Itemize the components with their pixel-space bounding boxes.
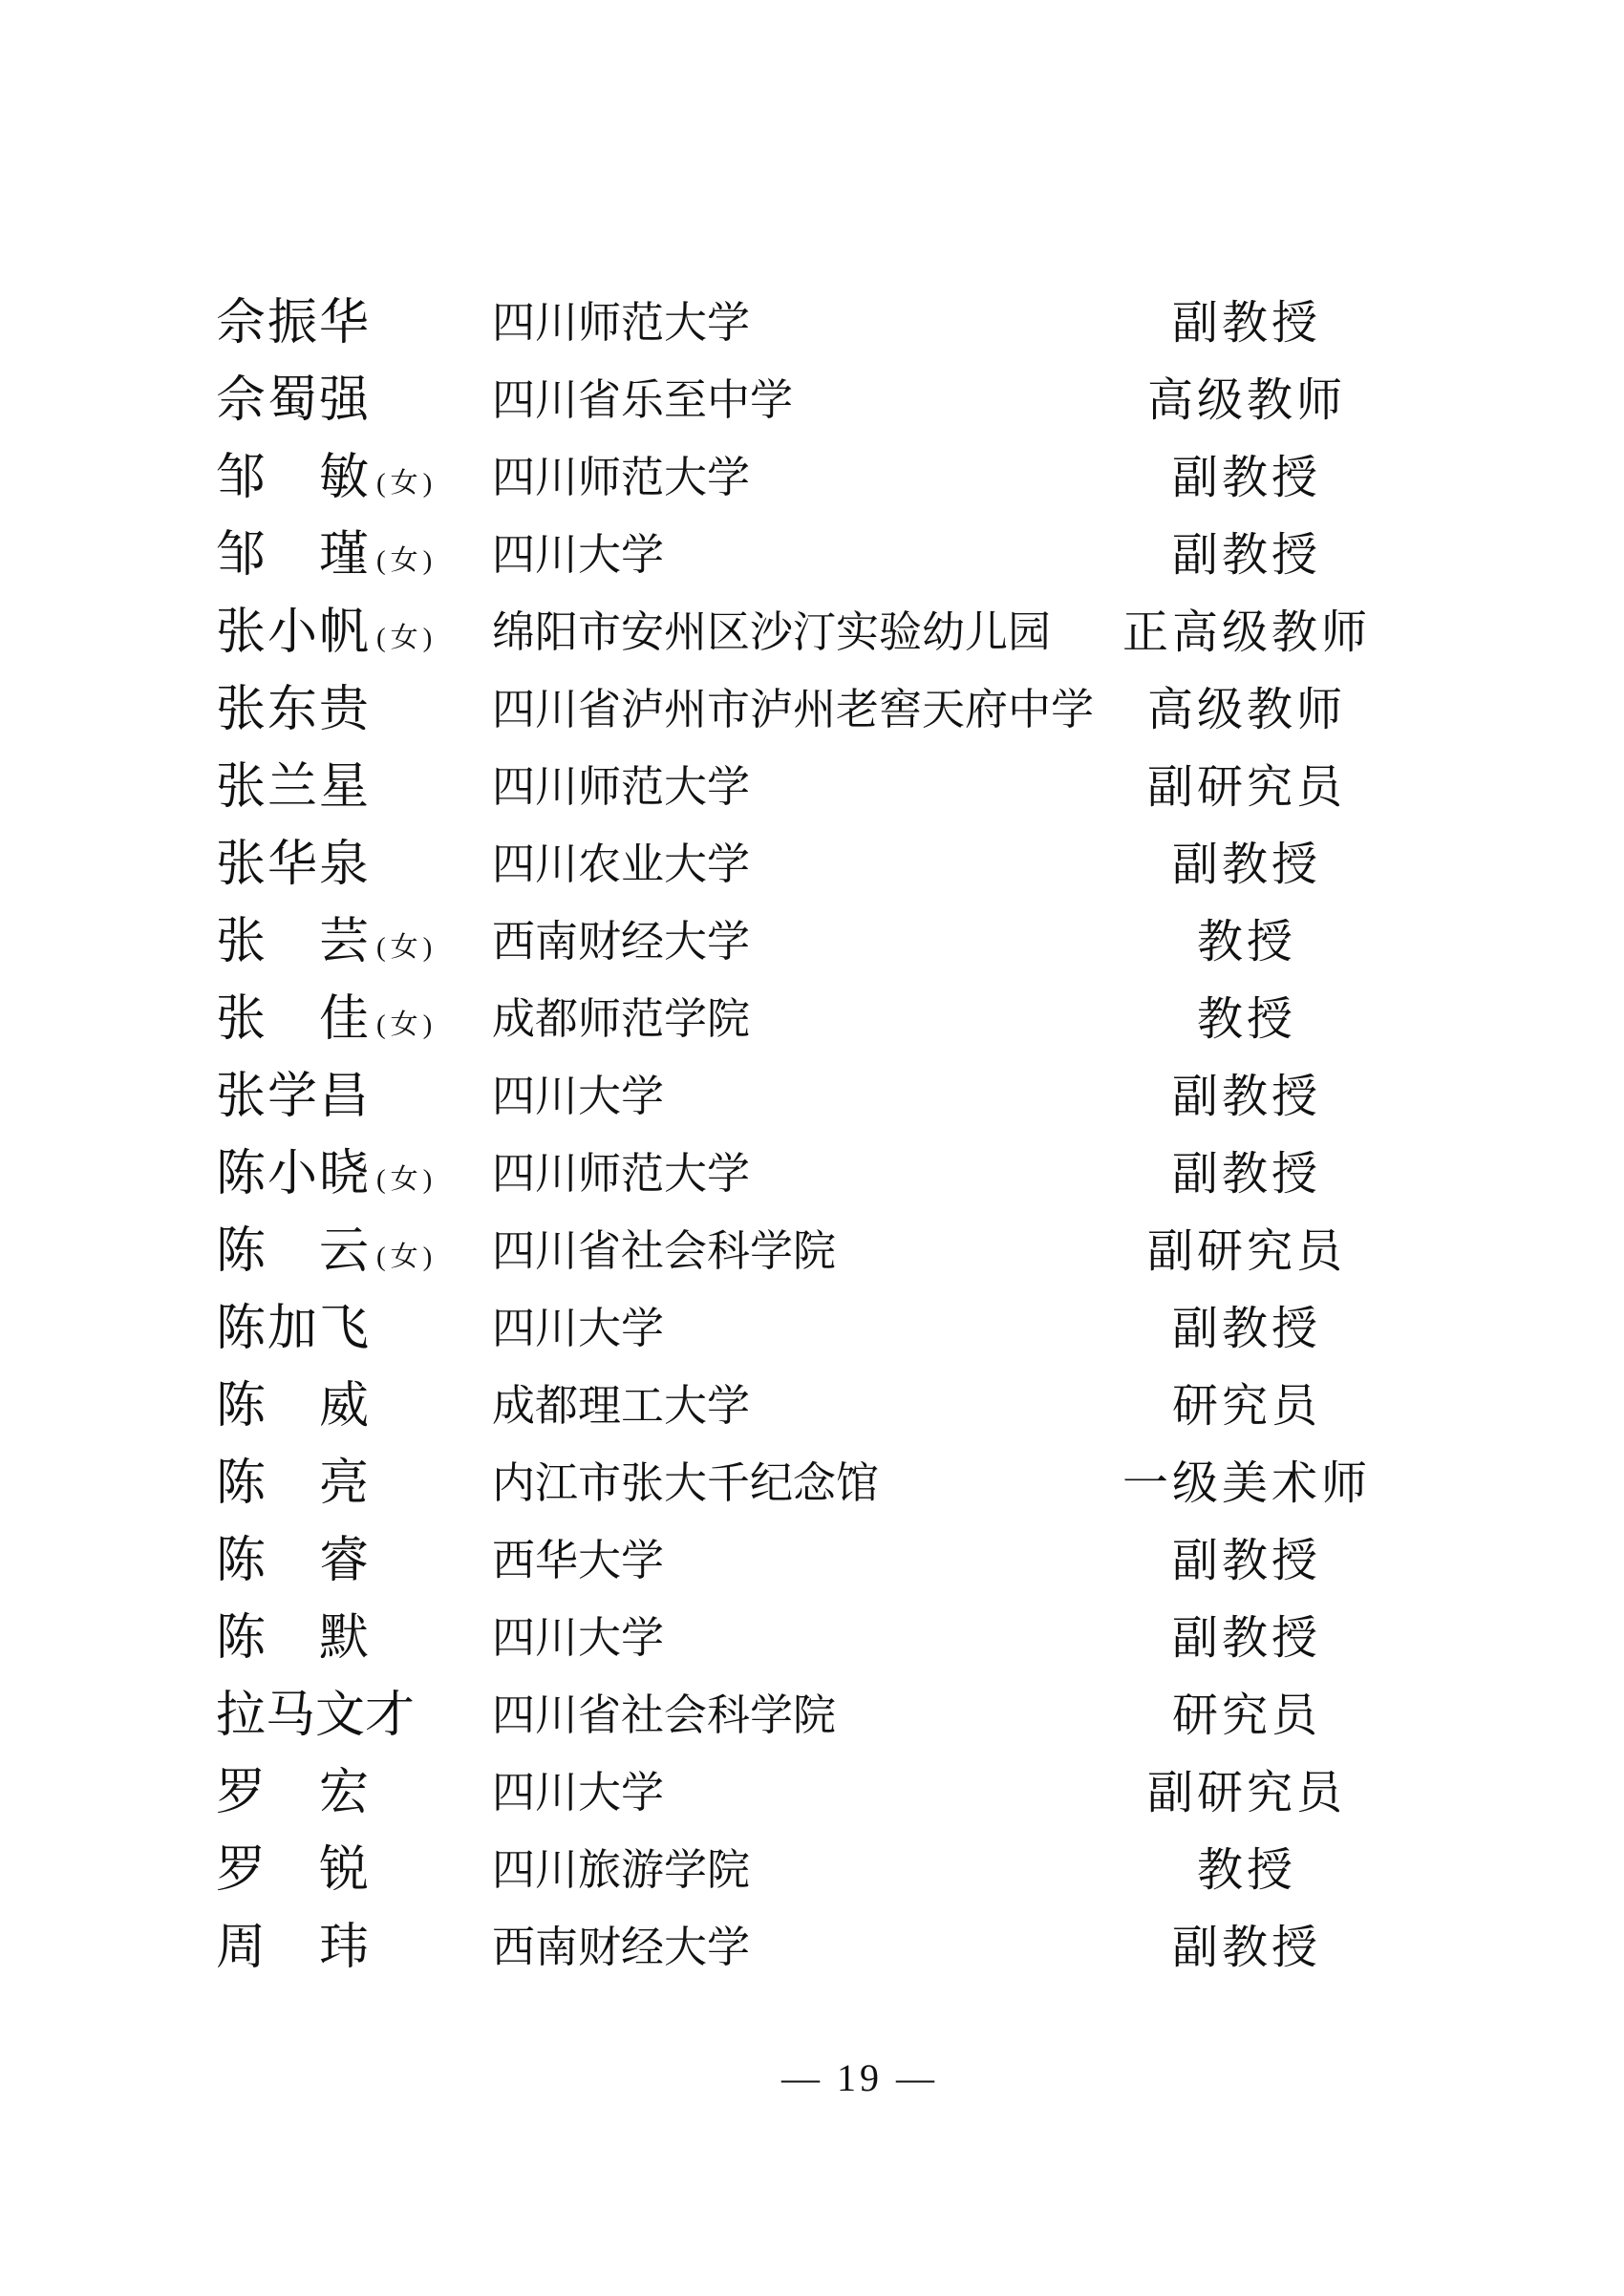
professional-title: 副教授: [1089, 285, 1404, 362]
institution: 绵阳市安州区沙汀实验幼儿园: [492, 594, 1051, 671]
gender-note: (女): [376, 1141, 437, 1219]
professional-title: 副教授: [1089, 1058, 1404, 1136]
professional-title: 研究员: [1089, 1677, 1404, 1754]
institution: 四川大学: [492, 1058, 664, 1136]
institution: 四川大学: [492, 1754, 664, 1832]
person-name: 罗锐: [216, 1832, 369, 1909]
person-name: 张东贵: [216, 671, 369, 749]
professional-title: 研究员: [1089, 1368, 1404, 1445]
list-item: 张华泉 四川农业大学 副教授: [0, 826, 1624, 904]
person-name: 陈威: [216, 1368, 369, 1445]
list-item: 张学昌 四川大学 副教授: [0, 1058, 1624, 1136]
institution: 四川省社会科学院: [492, 1213, 836, 1290]
person-name: 张华泉: [216, 826, 369, 904]
institution: 四川大学: [492, 1600, 664, 1677]
person-name: 陈睿: [216, 1522, 369, 1600]
institution: 四川旅游学院: [492, 1832, 750, 1909]
list-item: 陈睿 西华大学 副教授: [0, 1522, 1624, 1600]
institution: 成都师范学院: [492, 981, 750, 1058]
list-item: 张兰星 四川师范大学 副研究员: [0, 749, 1624, 826]
institution: 四川省社会科学院: [492, 1677, 836, 1754]
professional-title: 副教授: [1089, 1909, 1404, 1987]
list-item: 张小帆 (女) 绵阳市安州区沙汀实验幼儿园 正高级教师: [0, 594, 1624, 671]
institution: 四川师范大学: [492, 439, 750, 517]
person-name: 陈加飞: [216, 1290, 369, 1368]
roster-list: 佘振华 四川师范大学 副教授 佘蜀强 四川省乐至中学 高级教师 邹敏 (女) 四…: [0, 285, 1624, 1987]
list-item: 拉马文才 四川省社会科学院 研究员: [0, 1677, 1624, 1754]
list-item: 张东贵 四川省泸州市泸州老窖天府中学 高级教师: [0, 671, 1624, 749]
list-item: 张佳 (女) 成都师范学院 教授: [0, 981, 1624, 1058]
page-number: — 19 —: [96, 2050, 1624, 2107]
institution: 四川农业大学: [492, 826, 750, 904]
institution: 四川师范大学: [492, 1136, 750, 1213]
professional-title: 副教授: [1089, 1522, 1404, 1600]
person-name: 佘蜀强: [216, 362, 369, 439]
list-item: 陈威 成都理工大学 研究员: [0, 1368, 1624, 1445]
gender-note: (女): [376, 987, 437, 1064]
gender-note: (女): [376, 600, 437, 677]
gender-note: (女): [376, 445, 437, 522]
professional-title: 一级美术师: [1089, 1445, 1404, 1522]
person-name: 张芸: [216, 904, 369, 981]
person-name: 罗宏: [216, 1754, 369, 1832]
person-name: 陈亮: [216, 1445, 369, 1522]
document-page: 佘振华 四川师范大学 副教授 佘蜀强 四川省乐至中学 高级教师 邹敏 (女) 四…: [0, 0, 1624, 2296]
professional-title: 教授: [1089, 1832, 1404, 1909]
list-item: 罗宏 四川大学 副研究员: [0, 1754, 1624, 1832]
professional-title: 副教授: [1089, 439, 1404, 517]
institution: 内江市张大千纪念馆: [492, 1445, 879, 1522]
list-item: 张芸 (女) 西南财经大学 教授: [0, 904, 1624, 981]
institution: 四川大学: [492, 1290, 664, 1368]
professional-title: 副研究员: [1089, 749, 1404, 826]
person-name: 周玮: [216, 1909, 369, 1987]
list-item: 陈加飞 四川大学 副教授: [0, 1290, 1624, 1368]
professional-title: 高级教师: [1089, 671, 1404, 749]
professional-title: 副教授: [1089, 517, 1404, 594]
list-item: 罗锐 四川旅游学院 教授: [0, 1832, 1624, 1909]
institution: 四川师范大学: [492, 749, 750, 826]
professional-title: 教授: [1089, 904, 1404, 981]
list-item: 陈默 四川大学 副教授: [0, 1600, 1624, 1677]
person-name: 邹瑾: [216, 517, 369, 594]
professional-title: 副研究员: [1089, 1754, 1404, 1832]
gender-note: (女): [376, 1219, 437, 1296]
list-item: 陈亮 内江市张大千纪念馆 一级美术师: [0, 1445, 1624, 1522]
person-name: 邹敏: [216, 439, 369, 517]
institution: 西南财经大学: [492, 1909, 750, 1987]
person-name: 张兰星: [216, 749, 369, 826]
person-name: 张小帆: [216, 594, 369, 671]
list-item: 陈云 (女) 四川省社会科学院 副研究员: [0, 1213, 1624, 1290]
institution: 四川省泸州市泸州老窖天府中学: [492, 671, 1094, 749]
person-name: 拉马文才: [216, 1677, 415, 1754]
institution: 成都理工大学: [492, 1368, 750, 1445]
professional-title: 正高级教师: [1089, 594, 1404, 671]
list-item: 陈小晓 (女) 四川师范大学 副教授: [0, 1136, 1624, 1213]
professional-title: 高级教师: [1089, 362, 1404, 439]
list-item: 佘振华 四川师范大学 副教授: [0, 285, 1624, 362]
institution: 四川大学: [492, 517, 664, 594]
list-item: 邹瑾 (女) 四川大学 副教授: [0, 517, 1624, 594]
institution: 四川省乐至中学: [492, 362, 793, 439]
institution: 西华大学: [492, 1522, 664, 1600]
professional-title: 副教授: [1089, 1290, 1404, 1368]
list-item: 佘蜀强 四川省乐至中学 高级教师: [0, 362, 1624, 439]
professional-title: 副教授: [1089, 1600, 1404, 1677]
institution: 四川师范大学: [492, 285, 750, 362]
professional-title: 教授: [1089, 981, 1404, 1058]
list-item: 周玮 西南财经大学 副教授: [0, 1909, 1624, 1987]
gender-note: (女): [376, 909, 437, 987]
person-name: 佘振华: [216, 285, 369, 362]
professional-title: 副教授: [1089, 826, 1404, 904]
list-item: 邹敏 (女) 四川师范大学 副教授: [0, 439, 1624, 517]
gender-note: (女): [376, 522, 437, 600]
institution: 西南财经大学: [492, 904, 750, 981]
person-name: 陈云: [216, 1213, 369, 1290]
professional-title: 副研究员: [1089, 1213, 1404, 1290]
person-name: 张佳: [216, 981, 369, 1058]
person-name: 陈默: [216, 1600, 369, 1677]
professional-title: 副教授: [1089, 1136, 1404, 1213]
person-name: 陈小晓: [216, 1136, 369, 1213]
person-name: 张学昌: [216, 1058, 369, 1136]
